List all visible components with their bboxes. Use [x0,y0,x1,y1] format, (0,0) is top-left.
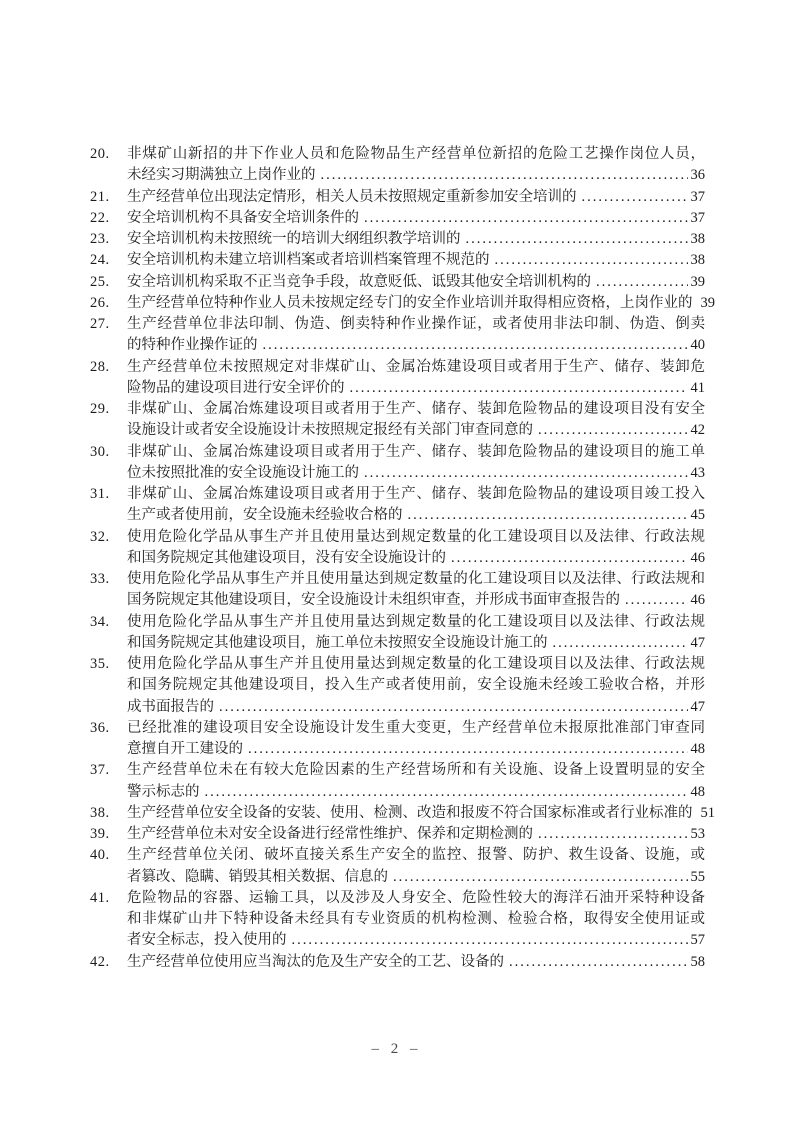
toc-entry[interactable]: 33.使用危险化学品从事生产并且使用量达到规定数量的化工建设项目以及法律、行政法… [90,569,705,612]
toc-entry-line: 非煤矿山、金属冶炼建设项目或者用于生产、储存、装卸危险物品的建设项目没有安全 [127,399,705,420]
dot-leader [553,633,688,654]
toc-entry-page: 47 [691,697,706,718]
toc-entry-number: 39. [90,824,110,845]
toc-entry-text: 的特种作业操作证的 [127,335,258,356]
toc-entry[interactable]: 21.生产经营单位出现法定情形，相关人员未按照规定重新参加安全培训的37 [90,187,705,208]
toc-entry[interactable]: 25.安全培训机构采取不正当竞争手段，故意贬低、诋毁其他安全培训机构的39 [90,272,705,293]
toc-entry-page: 41 [691,378,706,399]
toc-entry-line: 和非煤矿山井下特种设备未经具有专业资质的机构检测、检验合格，取得安全使用证或 [127,909,705,930]
dot-leader [393,867,688,888]
toc-entry-page: 57 [691,930,706,951]
toc-entry-page: 39 [691,272,706,293]
toc-entry[interactable]: 26.生产经营单位特种作业人员未按规定经专门的安全作业培训并取得相应资格，上岗作… [90,293,705,314]
toc-entry[interactable]: 20.非煤矿山新招的井下作业人员和危险物品生产经营单位新招的危险工艺操作岗位人员… [90,144,705,187]
toc-entry-lastline: 未经实习期满独立上岗作业的36 [127,165,705,186]
toc-entry-lastline: 和国务院规定其他建设项目，施工单位未按照安全设施设计施工的47 [127,633,705,654]
toc-entry-page: 55 [691,867,706,888]
toc-entry-lastline: 的特种作业操作证的40 [127,335,705,356]
toc-entry-text: 安全培训机构采取不正当竞争手段，故意贬低、诋毁其他安全培训机构的 [127,272,591,293]
toc-entry[interactable]: 23.安全培训机构未按照统一的培训大纲组织教学培训的38 [90,229,705,250]
toc-entry-lastline: 和国务院规定其他建设项目，没有安全设施设计的46 [127,548,705,569]
toc-entry-lastline: 国务院规定其他建设项目，安全设施设计未组织审查，并形成书面审查报告的46 [127,590,705,611]
toc-entry-lastline: 成书面报告的47 [127,697,705,718]
toc-entry-number: 31. [90,484,110,505]
dot-leader [625,590,688,611]
toc-entry-line: 使用危险化学品从事生产并且使用量达到规定数量的化工建设项目以及法律、行政法规 [127,654,705,675]
toc-entry-lastline: 安全培训机构未建立培训档案或者培训档案管理不规范的38 [127,250,705,271]
toc-entry-line: 非煤矿山、金属冶炼建设项目或者用于生产、储存、装卸危险物品的建设项目竣工投入 [127,484,705,505]
toc-entry-line: 生产经营单位未在有较大危险因素的生产经营场所和有关设施、设备上设置明显的安全 [127,760,705,781]
toc-entry-text: 者安全标志，投入使用的 [127,930,287,951]
toc-entry[interactable]: 31.非煤矿山、金属冶炼建设项目或者用于生产、储存、装卸危险物品的建设项目竣工投… [90,484,705,527]
toc-entry[interactable]: 32.使用危险化学品从事生产并且使用量达到规定数量的化工建设项目以及法律、行政法… [90,527,705,570]
toc-entry-text: 安全培训机构未按照统一的培训大纲组织教学培训的 [127,229,461,250]
toc-entry-number: 24. [90,250,110,271]
toc-entry-page: 39 [701,293,716,314]
toc-entry-text: 生产经营单位安全设备的安装、使用、检测、改造和报废不符合国家标准或者行业标准的 [127,803,693,824]
dot-leader [466,229,688,250]
toc-entry-number: 40. [90,845,110,866]
toc-entry-text: 意擅自开工建设的 [127,739,243,760]
toc-entry-number: 28. [90,357,110,378]
toc-entry-lastline: 意擅自开工建设的48 [127,739,705,760]
toc-entry-page: 53 [691,824,706,845]
toc-entry-line: 非煤矿山新招的井下作业人员和危险物品生产经营单位新招的危险工艺操作岗位人员， [127,144,705,165]
toc-entry-text: 生产经营单位出现法定情形，相关人员未按照规定重新参加安全培训的 [127,187,577,208]
toc-entry[interactable]: 28.生产经营单位未按照规定对非煤矿山、金属冶炼建设项目或者用于生产、储存、装卸… [90,357,705,400]
toc-entry-lastline: 险物品的建设项目进行安全评价的41 [127,378,705,399]
toc-entry-number: 23. [90,229,110,250]
toc-entry-text: 警示标志的 [127,782,200,803]
toc-entry-line: 已经批准的建设项目安全设施设计发生重大变更，生产经营单位未报原批准部门审查同 [127,718,705,739]
toc-entry-lastline: 设施设计或者安全设施设计未按照规定报经有关部门审查同意的42 [127,420,705,441]
toc-entry[interactable]: 30.非煤矿山、金属冶炼建设项目或者用于生产、储存、装卸危险物品的建设项目的施工… [90,442,705,485]
toc-entry-page: 45 [691,505,706,526]
toc-entry-number: 30. [90,442,110,463]
toc-entry[interactable]: 40.生产经营单位关闭、破坏直接关系生产安全的监控、报警、防护、救生设备、设施，… [90,845,705,888]
dot-leader [219,697,688,718]
toc-entry-text: 险物品的建设项目进行安全评价的 [127,378,345,399]
toc-entry-line: 危险物品的容器、运输工具，以及涉及人身安全、危险性较大的海洋石油开采特种设备 [127,888,705,909]
toc-entry-text: 安全培训机构不具备安全培训条件的 [127,208,359,229]
toc-entry-page: 48 [691,739,706,760]
toc-entry-lastline: 安全培训机构采取不正当竞争手段，故意贬低、诋毁其他安全培训机构的39 [127,272,705,293]
dot-leader [292,930,688,951]
toc-entry-number: 42. [90,952,110,973]
dot-leader [538,420,688,441]
toc-entry-line: 生产经营单位关闭、破坏直接关系生产安全的监控、报警、防护、救生设备、设施，或 [127,845,705,866]
toc-entry-lastline: 生产经营单位安全设备的安装、使用、检测、改造和报废不符合国家标准或者行业标准的5… [127,803,705,824]
toc-entry-lastline: 警示标志的48 [127,782,705,803]
dot-leader [350,378,688,399]
dot-leader [451,548,688,569]
toc-entry-page: 38 [691,250,706,271]
toc-entry-lastline: 安全培训机构不具备安全培训条件的37 [127,208,705,229]
dot-leader [538,824,688,845]
toc-entry-page: 46 [691,548,706,569]
dot-leader [495,250,688,271]
toc-entry-lastline: 生产经营单位未对安全设备进行经常性维护、保养和定期检测的53 [127,824,705,845]
toc-entry-line: 生产经营单位未按照规定对非煤矿山、金属冶炼建设项目或者用于生产、储存、装卸危 [127,357,705,378]
toc-entry-number: 25. [90,272,110,293]
dot-leader [596,272,688,293]
dot-leader [205,782,688,803]
dot-leader [248,739,688,760]
toc-entry-page: 38 [691,229,706,250]
toc-entry-number: 38. [90,803,110,824]
toc-entry-text: 成书面报告的 [127,697,214,718]
dot-leader [321,165,688,186]
toc-entry-page: 47 [691,633,706,654]
toc-entry-number: 20. [90,144,110,165]
toc-entry-lastline: 生产经营单位出现法定情形，相关人员未按照规定重新参加安全培训的37 [127,187,705,208]
toc-entry-text: 设施设计或者安全设施设计未按照规定报经有关部门审查同意的 [127,420,533,441]
toc-entry[interactable]: 41.危险物品的容器、运输工具，以及涉及人身安全、危险性较大的海洋石油开采特种设… [90,888,705,952]
toc-entry-number: 29. [90,399,110,420]
toc-entry-text: 生产经营单位未对安全设备进行经常性维护、保养和定期检测的 [127,824,533,845]
toc-entry-lastline: 生产经营单位特种作业人员未按规定经专门的安全作业培训并取得相应资格，上岗作业的3… [127,293,705,314]
dot-leader [408,505,688,526]
toc-entry-number: 26. [90,293,110,314]
toc-entry-lastline: 生产经营单位使用应当淘汰的危及生产安全的工艺、设备的58 [127,952,705,973]
toc-entry-page: 51 [701,803,716,824]
toc-list: 20.非煤矿山新招的井下作业人员和危险物品生产经营单位新招的危险工艺操作岗位人员… [90,144,705,973]
toc-entry[interactable]: 34.使用危险化学品从事生产并且使用量达到规定数量的化工建设项目以及法律、行政法… [90,612,705,655]
toc-entry-page: 43 [691,463,706,484]
toc-entry[interactable]: 37.生产经营单位未在有较大危险因素的生产经营场所和有关设施、设备上设置明显的安… [90,760,705,803]
toc-entry-text: 未经实习期满独立上岗作业的 [127,165,316,186]
dot-leader [364,463,688,484]
toc-entry-text: 和国务院规定其他建设项目，没有安全设施设计的 [127,548,446,569]
dot-leader [509,952,688,973]
toc-entry-line: 和国务院规定其他建设项目，投入生产或者使用前，安全设施未经竣工验收合格，并形 [127,675,705,696]
toc-entry[interactable]: 42.生产经营单位使用应当淘汰的危及生产安全的工艺、设备的58 [90,952,705,973]
toc-entry-lastline: 安全培训机构未按照统一的培训大纲组织教学培训的38 [127,229,705,250]
toc-entry-page: 58 [691,952,706,973]
dot-leader [582,187,688,208]
toc-entry[interactable]: 38.生产经营单位安全设备的安装、使用、检测、改造和报废不符合国家标准或者行业标… [90,803,705,824]
toc-entry-lastline: 者安全标志，投入使用的57 [127,930,705,951]
toc-entry-lastline: 位未按照批准的安全设施设计施工的43 [127,463,705,484]
toc-entry-page: 46 [691,590,706,611]
toc-entry[interactable]: 27.生产经营单位非法印制、伪造、倒卖特种作业操作证，或者使用非法印制、伪造、倒… [90,314,705,357]
toc-entry[interactable]: 24.安全培训机构未建立培训档案或者培训档案管理不规范的38 [90,250,705,271]
toc-entry-page: 42 [691,420,706,441]
toc-entry-page: 36 [691,165,706,186]
dot-leader [263,335,688,356]
toc-entry-text: 国务院规定其他建设项目，安全设施设计未组织审查，并形成书面审查报告的 [127,590,620,611]
toc-entry-lastline: 生产或者使用前，安全设施未经验收合格的45 [127,505,705,526]
toc-entry-line: 使用危险化学品从事生产并且使用量达到规定数量的化工建设项目以及法律、行政法规 [127,527,705,548]
page-footer: – 2 – [0,1041,793,1058]
toc-entry-text: 者篡改、隐瞒、销毁其相关数据、信息的 [127,867,388,888]
toc-entry-text: 生产经营单位使用应当淘汰的危及生产安全的工艺、设备的 [127,952,504,973]
toc-entry-number: 34. [90,612,110,633]
toc-entry[interactable]: 22.安全培训机构不具备安全培训条件的37 [90,208,705,229]
toc-entry-lastline: 者篡改、隐瞒、销毁其相关数据、信息的55 [127,867,705,888]
toc-entry-line: 非煤矿山、金属冶炼建设项目或者用于生产、储存、装卸危险物品的建设项目的施工单 [127,442,705,463]
toc-entry-number: 33. [90,569,110,590]
toc-entry-text: 生产或者使用前，安全设施未经验收合格的 [127,505,403,526]
toc-entry-page: 48 [691,782,706,803]
toc-entry-number: 21. [90,187,110,208]
toc-entry-text: 和国务院规定其他建设项目，施工单位未按照安全设施设计施工的 [127,633,548,654]
dot-leader [364,208,688,229]
toc-entry-line: 使用危险化学品从事生产并且使用量达到规定数量的化工建设项目以及法律、行政法规和 [127,569,705,590]
toc-entry-text: 位未按照批准的安全设施设计施工的 [127,463,359,484]
toc-entry-text: 安全培训机构未建立培训档案或者培训档案管理不规范的 [127,250,490,271]
toc-entry-text: 生产经营单位特种作业人员未按规定经专门的安全作业培训并取得相应资格，上岗作业的 [127,293,693,314]
toc-entry-number: 32. [90,527,110,548]
toc-entry-number: 37. [90,760,110,781]
document-page: 20.非煤矿山新招的井下作业人员和危险物品生产经营单位新招的危险工艺操作岗位人员… [0,0,793,1122]
toc-entry[interactable]: 29.非煤矿山、金属冶炼建设项目或者用于生产、储存、装卸危险物品的建设项目没有安… [90,399,705,442]
toc-entry-page: 40 [691,335,706,356]
toc-entry[interactable]: 39.生产经营单位未对安全设备进行经常性维护、保养和定期检测的53 [90,824,705,845]
toc-entry-number: 35. [90,654,110,675]
toc-entry-page: 37 [691,208,706,229]
toc-entry-number: 41. [90,888,110,909]
toc-entry[interactable]: 36.已经批准的建设项目安全设施设计发生重大变更，生产经营单位未报原批准部门审查… [90,718,705,761]
toc-entry-number: 36. [90,718,110,739]
toc-entry-number: 22. [90,208,110,229]
toc-entry-number: 27. [90,314,110,335]
toc-entry-page: 37 [691,187,706,208]
toc-entry-line: 生产经营单位非法印制、伪造、倒卖特种作业操作证，或者使用非法印制、伪造、倒卖 [127,314,705,335]
toc-entry-line: 使用危险化学品从事生产并且使用量达到规定数量的化工建设项目以及法律、行政法规 [127,612,705,633]
toc-entry[interactable]: 35.使用危险化学品从事生产并且使用量达到规定数量的化工建设项目以及法律、行政法… [90,654,705,718]
